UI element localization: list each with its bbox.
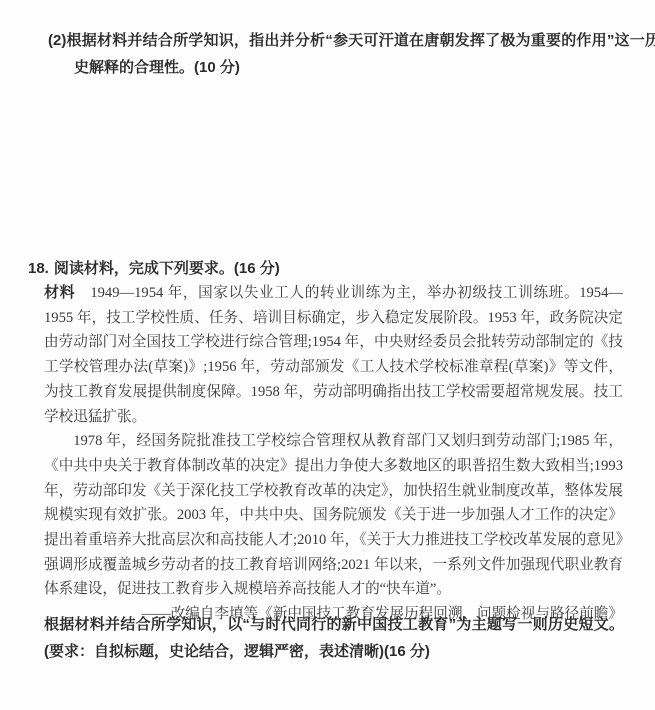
question-18-number: 18. xyxy=(28,260,49,277)
material-paragraph-2: 1978 年，经国务院批准技工学校综合管理权从教育部门又划归到劳动部门;1985… xyxy=(44,429,623,602)
question-18-prompt: 阅读材料，完成下列要求。(16 分) xyxy=(54,260,280,277)
question-2-text: 根据材料并结合所学知识，指出并分析“参天可汗道在唐朝发挥了极为重要的作用”这一历… xyxy=(66,32,655,76)
question-2-number: (2) xyxy=(48,32,66,49)
question-18-task: 根据材料并结合所学知识，以“与时代同行的新中国技工教育”为主题写一则历史短文。(… xyxy=(44,612,624,665)
exam-page: (2)根据材料并结合所学知识，指出并分析“参天可汗道在唐朝发挥了极为重要的作用”… xyxy=(0,0,655,710)
question-2: (2)根据材料并结合所学知识，指出并分析“参天可汗道在唐朝发挥了极为重要的作用”… xyxy=(48,27,655,81)
question-18-heading: 18.阅读材料，完成下列要求。(16 分) xyxy=(28,255,628,282)
material-paragraph-1: 材料1949—1954 年，国家以失业工人的转业训练为主，举办初级技工训练班。1… xyxy=(44,281,623,429)
material-label: 材料 xyxy=(44,284,75,301)
material-paragraph-1-text: 1949—1954 年，国家以失业工人的转业训练为主，举办初级技工训练班。195… xyxy=(44,285,623,425)
question-18-material: 材料1949—1954 年，国家以失业工人的转业训练为主，举办初级技工训练班。1… xyxy=(44,281,623,627)
